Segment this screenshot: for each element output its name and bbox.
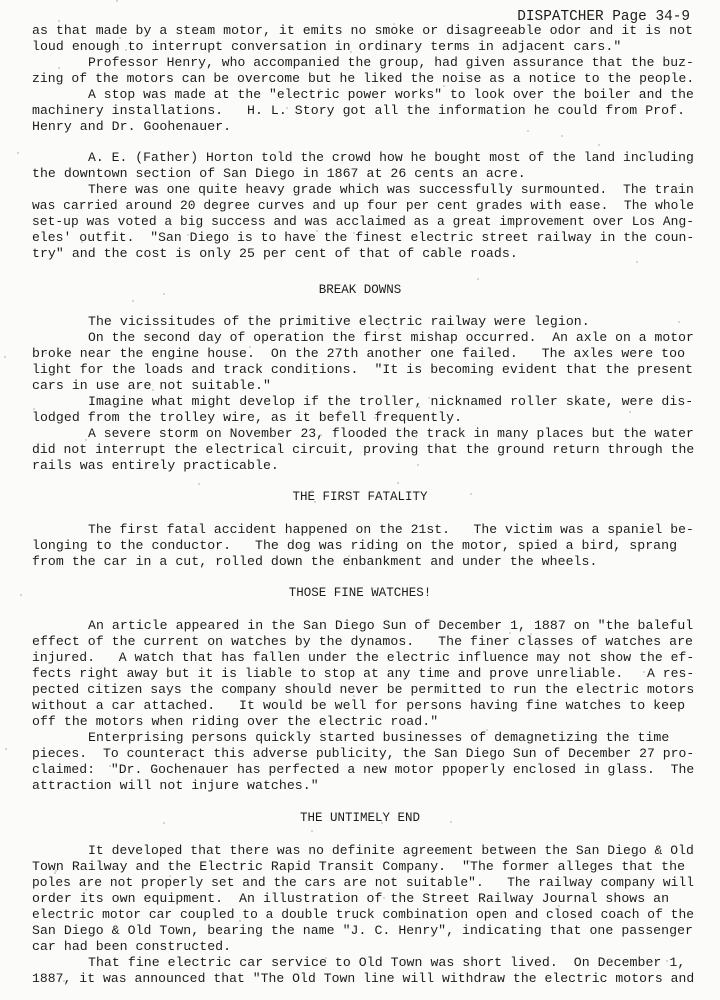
scan-speck bbox=[116, 0, 118, 2]
text-line: 1887, it was announced that "The Old Tow… bbox=[32, 971, 694, 987]
text-line: broke near the engine house. On the 27th… bbox=[32, 346, 685, 362]
section-heading: BREAK DOWNS bbox=[0, 283, 720, 297]
scan-speck bbox=[45, 352, 47, 354]
text-line: without a car attached. It would be well… bbox=[32, 698, 685, 714]
scan-speck bbox=[678, 321, 680, 323]
paragraph-first-line: Imagine what might develop if the trolle… bbox=[88, 394, 693, 410]
scan-speck bbox=[316, 230, 318, 232]
scan-speck bbox=[428, 397, 430, 399]
paragraph-first-line: A stop was made at the "electric power w… bbox=[88, 87, 694, 103]
scan-speck bbox=[418, 406, 420, 408]
text-line: cars in use are not suitable." bbox=[32, 378, 271, 394]
text-line: fects right away but it is liable to sto… bbox=[32, 666, 694, 682]
scan-speck bbox=[348, 555, 350, 557]
scan-speck bbox=[393, 23, 395, 25]
scan-speck bbox=[187, 234, 189, 236]
scan-speck bbox=[417, 464, 419, 466]
scan-speck bbox=[319, 89, 321, 91]
scan-speck bbox=[383, 897, 385, 899]
text-line: car had been constructed. bbox=[32, 939, 231, 955]
scan-speck bbox=[120, 975, 122, 977]
scan-speck bbox=[314, 501, 316, 503]
text-line: light for the loads and track conditions… bbox=[32, 362, 693, 378]
scan-speck bbox=[530, 633, 532, 635]
scan-speck bbox=[88, 785, 90, 787]
scan-speck bbox=[666, 960, 668, 962]
paragraph-first-line: A. E. (Father) Horton told the crowd how… bbox=[88, 150, 694, 166]
text-line: from the car in a cut, rolled down the e… bbox=[32, 554, 597, 570]
text-line: machinery installations. H. L. Story got… bbox=[32, 103, 685, 119]
scan-speck bbox=[483, 640, 485, 642]
scan-speck bbox=[538, 646, 540, 648]
scan-speck bbox=[152, 389, 154, 391]
scan-speck bbox=[658, 851, 660, 853]
scan-speck bbox=[320, 731, 322, 733]
scan-speck bbox=[56, 916, 58, 918]
scan-speck bbox=[132, 300, 134, 302]
scan-speck bbox=[249, 346, 251, 348]
scan-speck bbox=[33, 408, 35, 410]
scan-speck bbox=[297, 544, 299, 546]
scan-speck bbox=[239, 920, 241, 922]
scan-speck bbox=[397, 482, 399, 484]
scan-speck bbox=[85, 439, 87, 441]
paragraph-first-line: It developed that there was no definite … bbox=[88, 843, 694, 859]
scan-speck bbox=[388, 327, 390, 329]
scan-speck bbox=[189, 946, 191, 948]
scan-speck bbox=[353, 232, 355, 234]
scan-speck bbox=[286, 107, 288, 109]
scan-speck bbox=[190, 355, 192, 357]
text-line: did not interrupt the electrical circuit… bbox=[32, 442, 694, 458]
scan-speck bbox=[558, 905, 560, 907]
text-line: pieces. To counteract this adverse publi… bbox=[32, 746, 694, 762]
scan-speck bbox=[678, 187, 680, 189]
scan-speck bbox=[311, 830, 313, 832]
scan-speck bbox=[643, 671, 645, 673]
paragraph-first-line: A severe storm on November 23, flooded t… bbox=[88, 426, 694, 442]
text-line: the downtown section of San Diego in 186… bbox=[32, 166, 526, 182]
scan-speck bbox=[229, 353, 231, 355]
scan-speck bbox=[20, 594, 22, 596]
text-line: eles' outfit. "San Diego is to have the … bbox=[32, 230, 694, 246]
scan-speck bbox=[598, 144, 600, 146]
text-line: loud enough to interrupt conversation in… bbox=[32, 39, 621, 55]
text-line: try" and the cost is only 25 per cent of… bbox=[32, 246, 518, 262]
scan-speck bbox=[561, 135, 563, 137]
scan-speck bbox=[163, 822, 165, 824]
text-line: longing to the conductor. The dog was ri… bbox=[32, 538, 677, 554]
text-line: order its own equipment. An illustration… bbox=[32, 891, 669, 907]
text-line: effect of the current on watches by the … bbox=[32, 634, 693, 650]
scan-speck bbox=[374, 417, 376, 419]
paragraph-first-line: The first fatal accident happened on the… bbox=[88, 522, 694, 538]
scan-speck bbox=[470, 493, 472, 495]
scan-speck bbox=[325, 957, 327, 959]
text-line: poles are not properly set and the cars … bbox=[32, 875, 694, 891]
scan-speck bbox=[4, 356, 6, 358]
text-line: set-up was voted a big success and was a… bbox=[32, 214, 694, 230]
scan-speck bbox=[353, 695, 355, 697]
scan-speck bbox=[17, 152, 19, 154]
paragraph-first-line: On the second day of operation the first… bbox=[88, 330, 694, 346]
scan-speck bbox=[58, 20, 60, 22]
scan-speck bbox=[477, 278, 479, 280]
document-page: DISPATCHER Page 34-9 as that made by a s… bbox=[0, 0, 720, 1000]
text-line: claimed: "Dr. Gochenauer has perfected a… bbox=[32, 762, 694, 778]
paragraph-first-line: An article appeared in the San Diego Sun… bbox=[88, 618, 693, 634]
section-heading: THOSE FINE WATCHES! bbox=[0, 586, 720, 600]
scan-speck bbox=[629, 411, 631, 413]
scan-speck bbox=[169, 875, 171, 877]
text-line: Henry and Dr. Goohenauer. bbox=[32, 119, 231, 135]
scan-speck bbox=[109, 765, 111, 767]
paragraph-first-line: The vicissitudes of the primitive electr… bbox=[88, 314, 590, 330]
scan-speck bbox=[334, 233, 336, 235]
scan-speck bbox=[609, 958, 611, 960]
scan-speck bbox=[443, 85, 445, 87]
text-line: off the motors when riding over the elec… bbox=[32, 714, 438, 730]
scan-speck bbox=[63, 980, 65, 982]
text-line: as that made by a steam motor, it emits … bbox=[32, 23, 693, 39]
text-line: electric motor car coupled to a double t… bbox=[32, 907, 694, 923]
scan-speck bbox=[450, 821, 452, 823]
scan-speck bbox=[527, 130, 529, 132]
text-line: San Diego & Old Town, bearing the name "… bbox=[32, 923, 693, 939]
scan-speck bbox=[191, 758, 193, 760]
scan-speck bbox=[502, 690, 504, 692]
scan-speck bbox=[198, 483, 200, 485]
text-line: lodged from the trolley wire, as it befe… bbox=[32, 410, 462, 426]
scan-speck bbox=[468, 860, 470, 862]
scan-speck bbox=[381, 822, 383, 824]
section-heading: THE FIRST FATALITY bbox=[0, 490, 720, 504]
text-line: rails was entirely practicable. bbox=[32, 458, 279, 474]
scan-speck bbox=[486, 729, 488, 731]
scan-speck bbox=[320, 434, 322, 436]
scan-speck bbox=[125, 49, 127, 51]
section-heading: THE UNTIMELY END bbox=[0, 811, 720, 825]
scan-speck bbox=[58, 67, 60, 69]
scan-speck bbox=[96, 221, 98, 223]
scan-speck bbox=[119, 37, 121, 39]
paragraph-first-line: That fine electric car service to Old To… bbox=[88, 955, 685, 971]
scan-speck bbox=[387, 980, 389, 982]
scan-speck bbox=[509, 632, 511, 634]
scan-speck bbox=[311, 490, 313, 492]
paragraph-first-line: Enterprising persons quickly started bus… bbox=[88, 730, 669, 746]
scan-speck bbox=[415, 436, 417, 438]
text-line: injured. A watch that has fallen under t… bbox=[32, 650, 694, 666]
text-line: zing of the motors can be overcome but h… bbox=[32, 71, 694, 87]
text-line: attraction will not injure watches." bbox=[32, 778, 319, 794]
paragraph-first-line: Professor Henry, who accompanied the gro… bbox=[88, 55, 694, 71]
scan-speck bbox=[323, 863, 325, 865]
scan-speck bbox=[312, 373, 314, 375]
text-line: Town Railway and the Electric Rapid Tran… bbox=[32, 859, 685, 875]
paragraph-first-line: There was one quite heavy grade which wa… bbox=[88, 182, 694, 198]
scan-speck bbox=[81, 241, 83, 243]
text-line: was carried around 20 degree curves and … bbox=[32, 198, 694, 214]
scan-speck bbox=[85, 889, 87, 891]
scan-speck bbox=[636, 261, 638, 263]
scan-speck bbox=[5, 748, 7, 750]
scan-speck bbox=[466, 75, 468, 77]
scan-speck bbox=[339, 410, 341, 412]
scan-speck bbox=[201, 773, 203, 775]
scan-speck bbox=[54, 872, 56, 874]
scan-speck bbox=[163, 293, 165, 295]
text-line: pected citizen says the company should n… bbox=[32, 682, 694, 698]
scan-speck bbox=[477, 156, 479, 158]
scan-speck bbox=[350, 51, 352, 53]
